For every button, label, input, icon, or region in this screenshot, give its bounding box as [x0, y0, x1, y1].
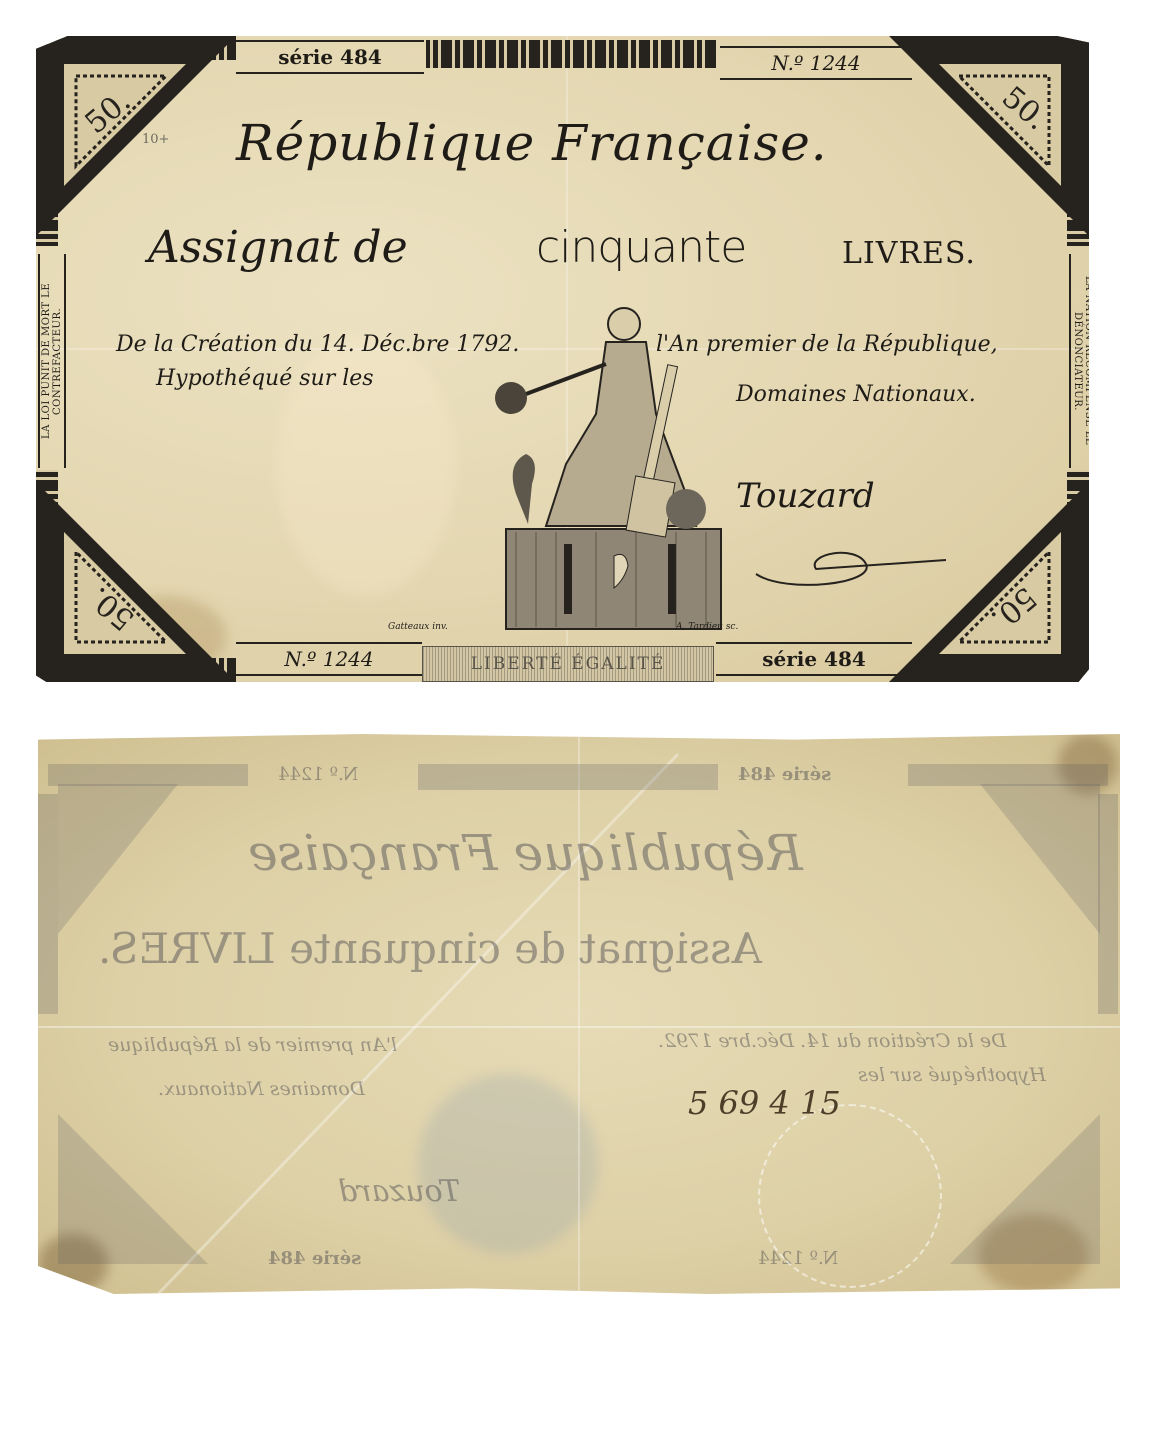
show-through-title: République Française: [248, 824, 803, 882]
corner-ornament-top-right: 50.: [889, 36, 1089, 236]
mirrored-text: série 484: [738, 764, 831, 785]
show-through-border: [48, 764, 248, 786]
show-through-number-top: N.º 1244: [278, 764, 358, 785]
serie-label-top: série 484: [236, 40, 424, 74]
signature-flourish: [746, 524, 956, 594]
right-border-reward: LA NATION RÉCOMPENSE LE DÉNONCIATEUR.: [1069, 254, 1089, 468]
banknote-front: 50. 50. 50. 50. série 484 N.º 1244 N.º 1…: [36, 36, 1089, 682]
seated-liberty-figure: [456, 294, 726, 634]
show-through-border: [1098, 794, 1118, 1014]
show-through-line: Domaines Nationaux.: [158, 1078, 365, 1100]
left-border-warning: LA LOI PUNIT DE MORT LE CONTREFACTEUR.: [38, 254, 66, 468]
show-through-corner: [950, 784, 1100, 934]
greek-key-border-top-center: [426, 40, 716, 68]
show-through-line: De la Création du 14. Déc.bre 1792.: [658, 1030, 1006, 1052]
show-through-border: [38, 794, 58, 1014]
show-through-serie-bottom: série 484: [268, 1248, 361, 1269]
serial-number-top: N.º 1244: [720, 46, 912, 80]
show-through-corner: [950, 1114, 1100, 1264]
engraver-credit: A. Tardieu sc.: [676, 622, 738, 632]
designer-credit: Gatteaux inv.: [388, 622, 448, 632]
show-through-subtitle: Assignat de cinquante LIVRES.: [98, 924, 762, 973]
show-through-signature: Touzard: [338, 1174, 460, 1209]
motto-liberte-egalite: LIBERTÉ ÉGALITÉ: [422, 646, 714, 682]
pencil-note: 10+: [142, 132, 169, 147]
show-through-border: [418, 764, 718, 790]
mirrored-text: Touzard: [338, 1174, 460, 1209]
show-through-corner: [58, 1114, 208, 1264]
show-through-line: l'An premier de la République: [108, 1034, 397, 1056]
national-domains-line: Domaines Nationaux.: [736, 382, 976, 407]
subtitle-value: cinquante: [536, 222, 746, 273]
banknote-back: N.º 1244 série 484 République Française …: [38, 734, 1120, 1294]
subtitle-unit: LIVRES.: [842, 236, 976, 271]
mirrored-text: République Française: [248, 824, 803, 882]
mortgage-line: Hypothéqué sur les: [156, 366, 374, 391]
mirrored-text: série 484: [268, 1248, 361, 1269]
embossed-seal: [758, 1104, 942, 1288]
show-through-border: [908, 764, 1108, 786]
mirrored-text: Domaines Nationaux.: [158, 1078, 365, 1100]
mirrored-text: De la Création du 14. Déc.bre 1792.: [658, 1030, 1006, 1052]
mirrored-text: Assignat de cinquante LIVRES.: [98, 924, 762, 973]
mirrored-text: l'An premier de la République: [108, 1034, 397, 1056]
show-through-line: Hypothéqué sur les: [858, 1064, 1046, 1086]
mirrored-text: Hypothéqué sur les: [858, 1064, 1046, 1086]
corner-ornament-top-left: 50.: [36, 36, 236, 236]
show-through-serie-top: série 484: [738, 764, 831, 785]
show-through-corner: [58, 784, 208, 934]
note-title: République Française.: [236, 114, 828, 172]
subtitle-assignat: Assignat de: [148, 222, 408, 273]
serial-number-bottom: N.º 1244: [236, 642, 422, 676]
signature: Touzard: [736, 476, 875, 516]
handwritten-ink-note: 5 69 4 15: [688, 1084, 841, 1122]
corner-ornament-bottom-left: 50.: [36, 482, 236, 682]
serie-label-bottom: série 484: [716, 642, 912, 676]
mirrored-text: N.º 1244: [278, 764, 358, 785]
